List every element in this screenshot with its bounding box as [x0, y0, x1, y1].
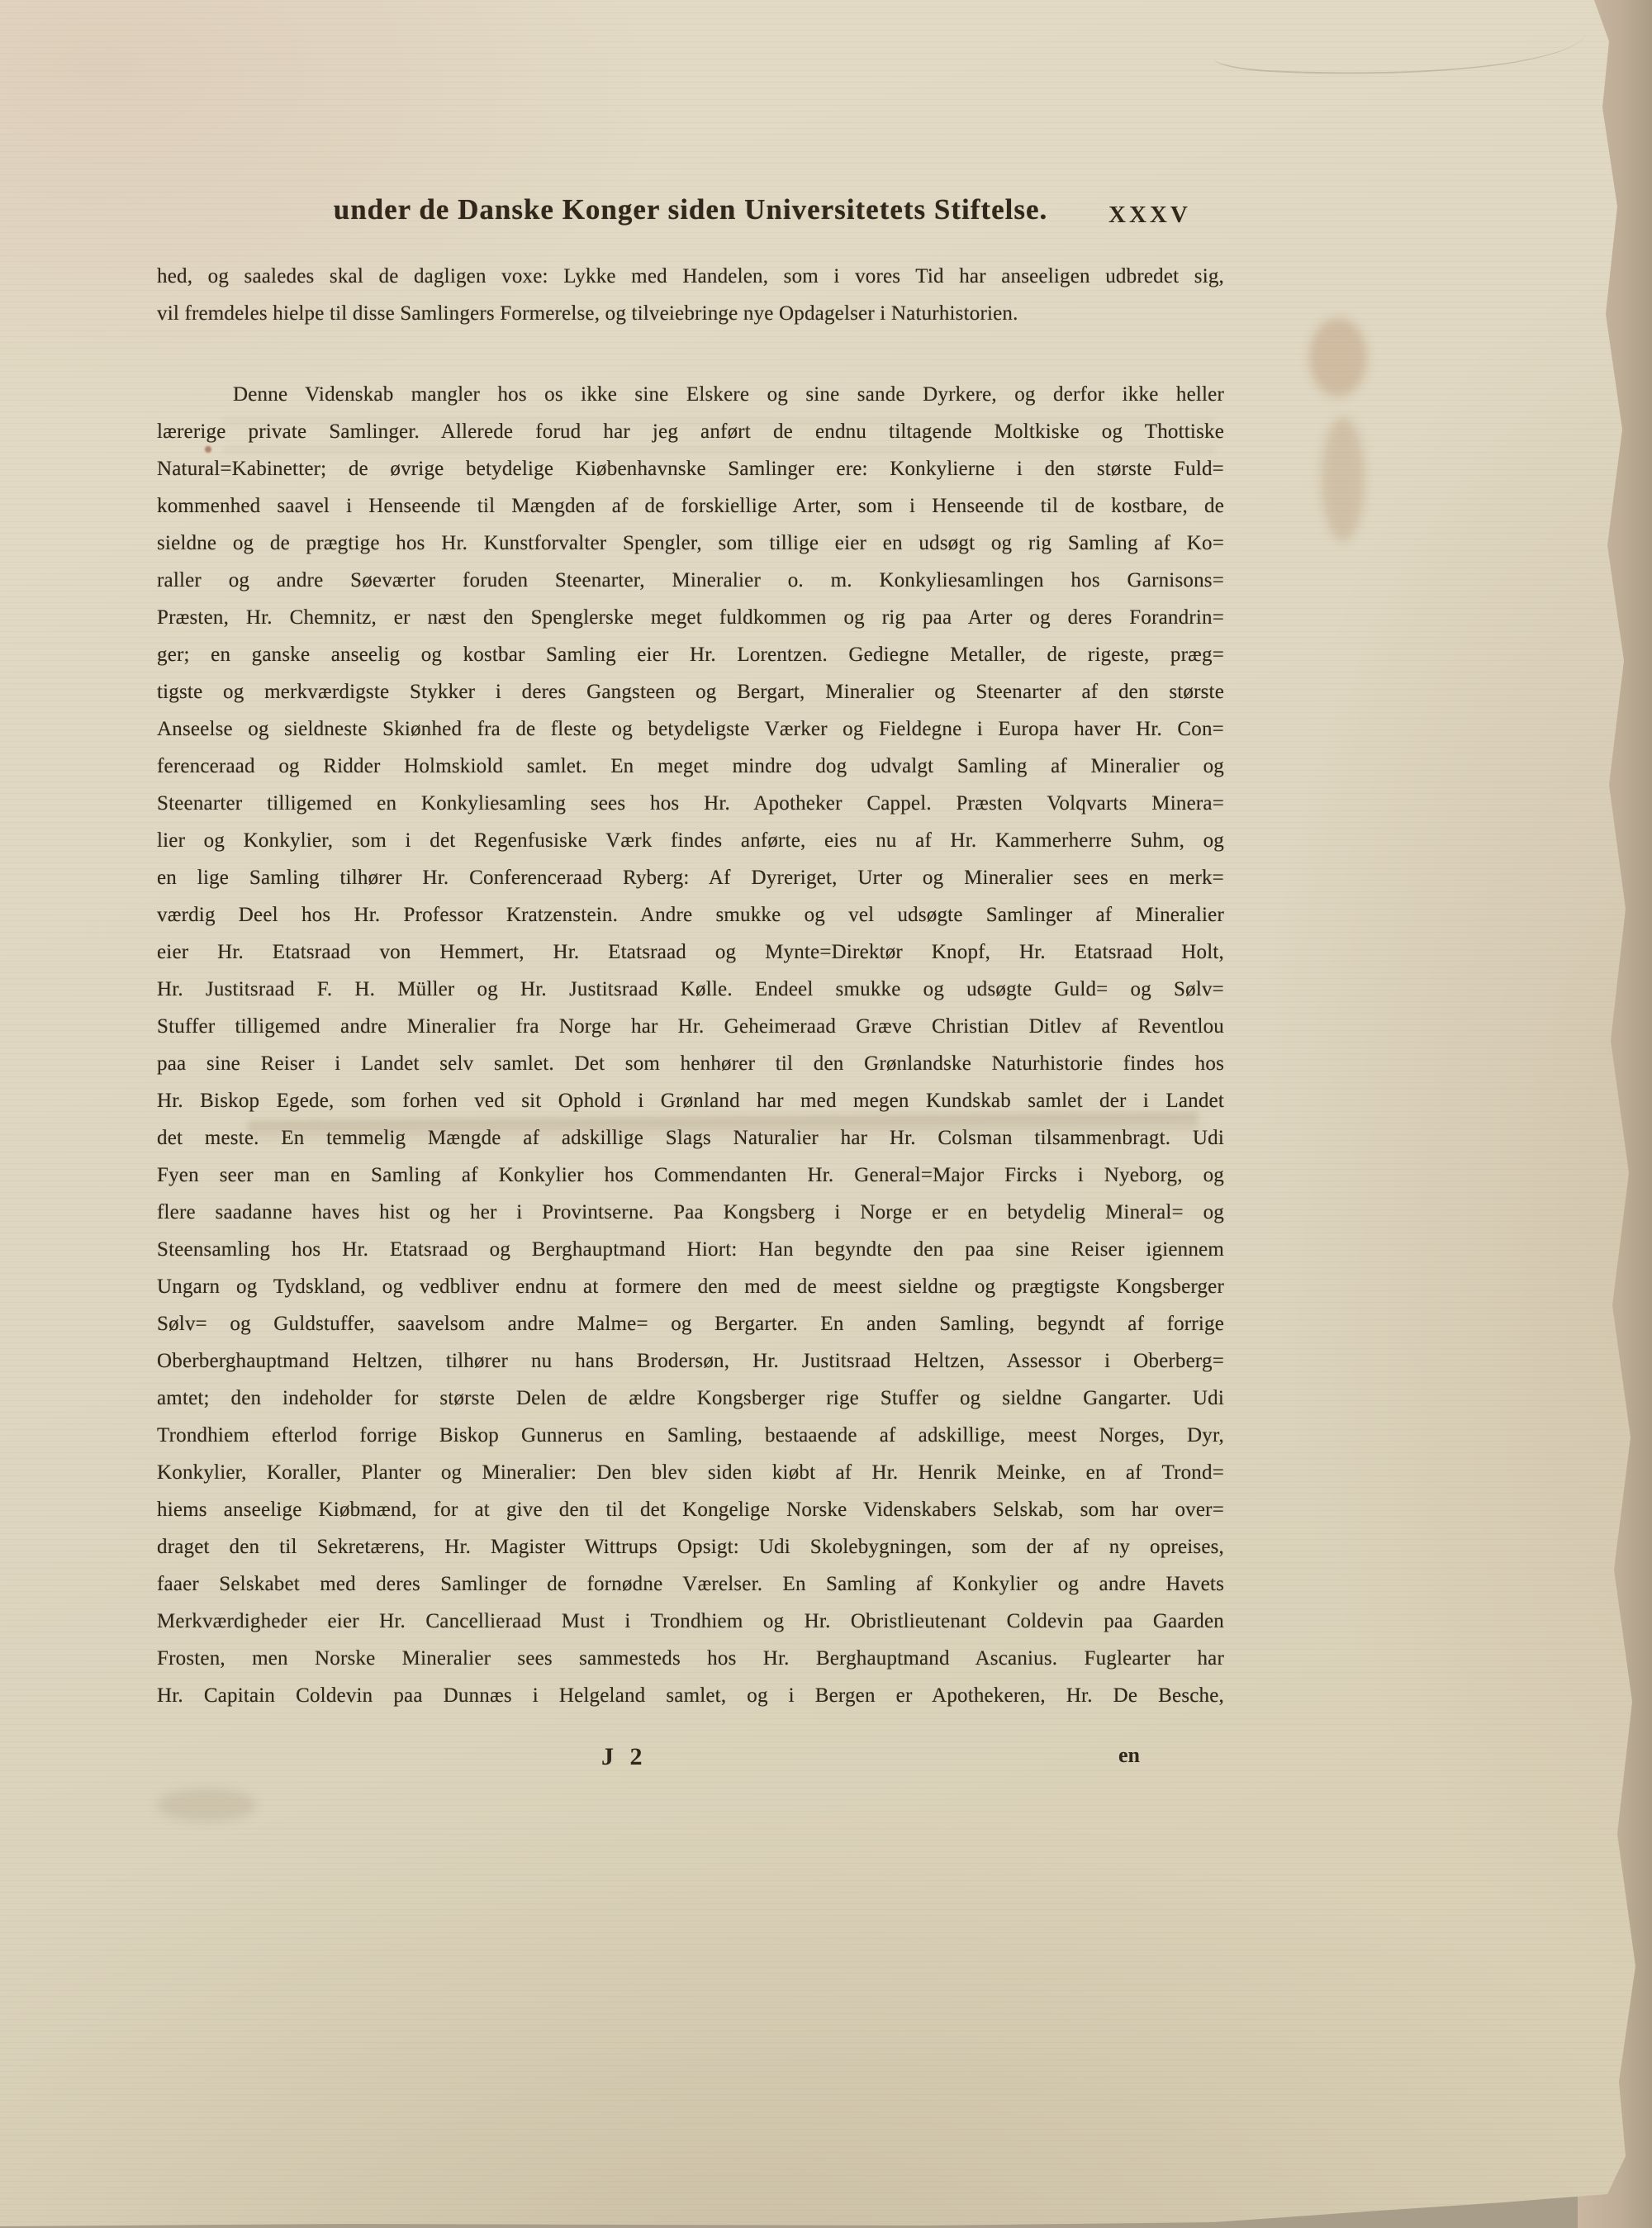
text-line: Konkylier, Koraller, Planter og Minerali… [157, 1454, 1224, 1491]
text-line: tigste og merkværdigste Stykker i deres … [157, 673, 1224, 710]
overlapping-sheet-edge [1213, 3, 1587, 86]
smudge [157, 1789, 256, 1822]
signature-mark: J 2 [601, 1743, 648, 1771]
text-line: ger; en ganske anseelig og kostbar Samli… [157, 636, 1224, 673]
text-line: faaer Selskabet med deres Samlinger de f… [157, 1565, 1224, 1603]
running-title: under de Danske Konger siden Universitet… [157, 193, 1224, 226]
text-line: lærerige private Samlinger. Allerede for… [157, 413, 1224, 450]
text-line: amtet; den indeholder for største Delen … [157, 1380, 1224, 1417]
text-line: draget den til Sekretærens, Hr. Magister… [157, 1528, 1224, 1565]
text-line: Hr. Justitsraad F. H. Müller og Hr. Just… [157, 971, 1224, 1008]
text-line: Anseelse og sieldneste Skiønhed fra de f… [157, 710, 1224, 748]
paper-sheet: under de Danske Konger siden Universitet… [0, 0, 1652, 2228]
text-line: raller og andre Søeværter foruden Steena… [157, 562, 1224, 599]
text-line: Ungarn og Tydskland, og vedbliver endnu … [157, 1268, 1224, 1305]
text-line: Oberberghauptmand Heltzen, tilhører nu h… [157, 1342, 1224, 1380]
text-line: Præsten, Hr. Chemnitz, er næst den Speng… [157, 599, 1224, 636]
text-line: Fyen seer man en Samling af Konkylier ho… [157, 1157, 1224, 1194]
text-line: lier og Konkylier, som i det Regenfusisk… [157, 822, 1224, 859]
text-line: Denne Videnskab mangler hos os ikke sine… [157, 376, 1224, 413]
text-line: Frosten, men Norske Mineralier sees samm… [157, 1640, 1224, 1677]
text-line: kommenhed saavel i Henseende til Mængden… [157, 487, 1224, 525]
paragraph-continuation: hed, og saaledes skal de dagligen voxe: … [157, 258, 1224, 332]
text-line: Sølv= og Guldstuffer, saavelsom andre Ma… [157, 1305, 1224, 1342]
text-line: vil fremdeles hielpe til disse Samlinger… [157, 295, 1224, 332]
catchword: en [1118, 1743, 1140, 1768]
paragraph-main: Denne Videnskab mangler hos os ikke sine… [157, 376, 1224, 1714]
text-line: Hr. Biskop Egede, som forhen ved sit Oph… [157, 1082, 1224, 1119]
text-line: det meste. En temmelig Mængde af adskill… [157, 1119, 1224, 1157]
text-line: hed, og saaledes skal de dagligen voxe: … [157, 258, 1224, 295]
page-number: XXXV [1108, 202, 1191, 229]
text-line: Trondhiem efterlod forrige Biskop Gunner… [157, 1417, 1224, 1454]
text-line: hiems anseelige Kiøbmænd, for at give de… [157, 1491, 1224, 1528]
text-line: flere saadanne haves hist og her i Provi… [157, 1194, 1224, 1231]
margin-stain [1322, 417, 1365, 541]
text-line: Hr. Capitain Coldevin paa Dunnæs i Helge… [157, 1677, 1224, 1714]
scanned-book-page: under de Danske Konger siden Universitet… [0, 0, 1652, 2228]
text-line: paa sine Reiser i Landet selv samlet. De… [157, 1045, 1224, 1082]
text-line: Natural=Kabinetter; de øvrige betydelige… [157, 450, 1224, 487]
text-line: Steenarter tilligemed en Konkyliesamling… [157, 785, 1224, 822]
text-line: ferenceraad og Ridder Holmskiold samlet.… [157, 748, 1224, 785]
margin-stain [1309, 318, 1367, 397]
text-line: værdig Deel hos Hr. Professor Kratzenste… [157, 896, 1224, 933]
text-line: Merkværdigheder eier Hr. Cancellieraad M… [157, 1603, 1224, 1640]
text-line: eier Hr. Etatsraad von Hemmert, Hr. Etat… [157, 933, 1224, 971]
text-line: sieldne og de prægtige hos Hr. Kunstforv… [157, 525, 1224, 562]
text-line: en lige Samling tilhører Hr. Conferencer… [157, 859, 1224, 896]
text-line: Stuffer tilligemed andre Mineralier fra … [157, 1008, 1224, 1045]
text-line: Steensamling hos Hr. Etatsraad og Bergha… [157, 1231, 1224, 1268]
